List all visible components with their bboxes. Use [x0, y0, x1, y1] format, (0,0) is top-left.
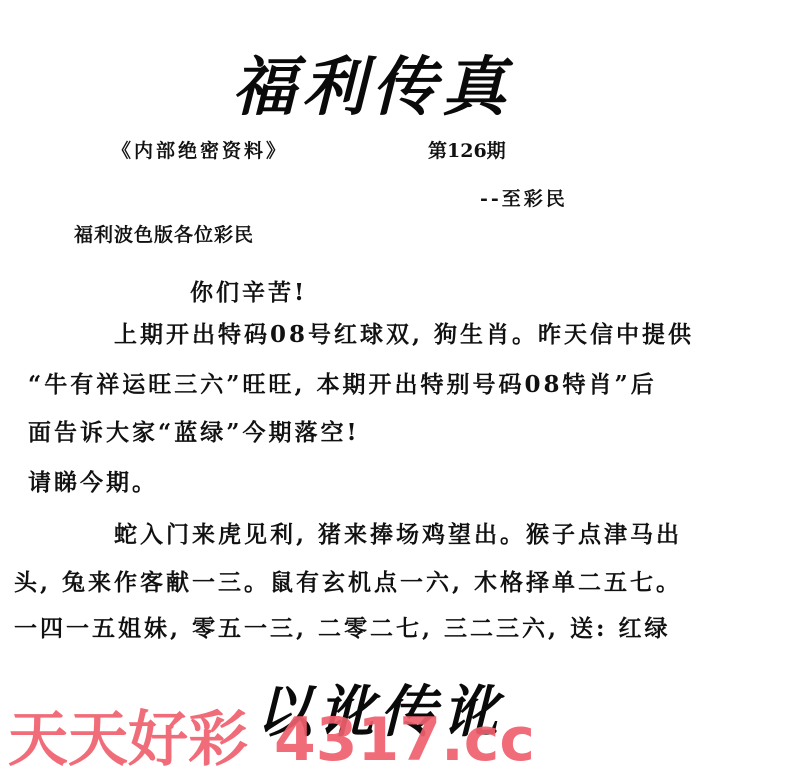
greeting: 你们辛苦!	[190, 274, 307, 307]
body-line: 面告诉大家“蓝绿”今期落空!	[28, 414, 360, 447]
document-title: 福利传真	[232, 36, 512, 128]
body-line: 蛇入门来虎见利, 猪来捧场鸡望出。猴子点津马出	[114, 516, 682, 549]
issue-number: 第126期	[428, 136, 506, 163]
body-line: 请睇今期。	[28, 464, 158, 497]
watermark: 天天好彩4317.cc	[8, 692, 535, 772]
confidential-label: 《内部绝密资料》	[112, 136, 288, 163]
body-line: 一四一五姐妹, 零五一三, 二零二七, 三二三六, 送: 红绿	[14, 610, 671, 643]
body-line: 头, 兔来作客献一三。鼠有玄机点一六, 木格择单二五七。	[14, 564, 682, 597]
body-line: 上期开出特码08号红球双, 狗生肖。昨天信中提供	[114, 316, 694, 349]
watermark-brand: 天天好彩	[8, 705, 248, 772]
body-line: “牛有祥运旺三六”旺旺, 本期开出特别号码08特肖”后	[28, 366, 657, 399]
watermark-url: 4317.cc	[274, 705, 535, 772]
signature: --至彩民	[480, 184, 568, 211]
salutation: 福利波色版各位彩民	[74, 220, 254, 247]
